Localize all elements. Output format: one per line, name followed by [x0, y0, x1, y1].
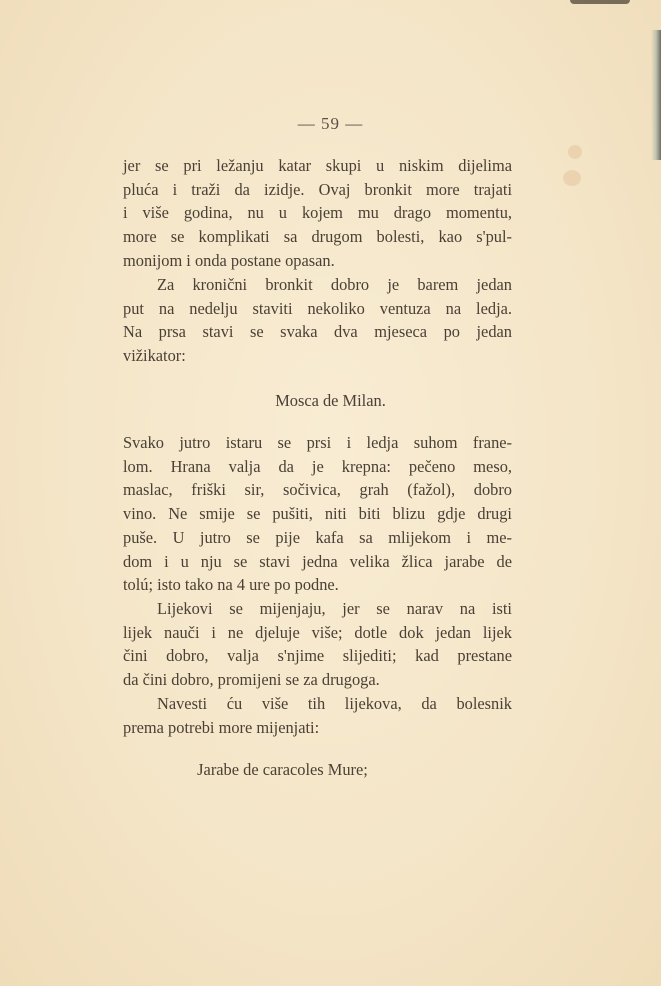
foxing-stain [563, 170, 581, 186]
page-edge-shadow-right [651, 30, 661, 160]
text-line: Za kronični bronkit dobro je barem jedan [123, 273, 512, 297]
foxing-stain [568, 145, 582, 159]
text-line: prema potrebi more mijenjati: [123, 716, 512, 740]
text-line: maslac, friški sir, sočivica, grah (fažo… [123, 478, 512, 502]
text-line: Lijekovi se mijenjaju, jer se narav na i… [123, 597, 512, 621]
text-line: more se komplikati sa drugom bolesti, ka… [123, 225, 512, 249]
remedy-heading-1: Mosca de Milan. [0, 391, 661, 411]
text-line: vino. Ne smije se pušiti, niti biti bliz… [123, 502, 512, 526]
text-line: puše. U jutro se pije kafa sa mlijekom i… [123, 526, 512, 550]
text-line: jer se pri ležanju katar skupi u niskim … [123, 154, 512, 178]
page-number: — 59 — [0, 114, 661, 134]
paragraph-4: Lijekovi se mijenjaju, jer se narav na i… [123, 597, 512, 692]
text-line: lijek nauči i ne djeluje više; dotle dok… [123, 621, 512, 645]
text-line: čini dobro, valja s'njime slijediti; kad… [123, 644, 512, 668]
text-line: dom i u nju se stavi jedna velika žlica … [123, 550, 512, 574]
text-line: Na prsa stavi se svaka dva mjeseca po je… [123, 320, 512, 344]
paragraph-1: jer se pri ležanju katar skupi u niskim … [123, 154, 512, 273]
text-line: monijom i onda postane opasan. [123, 249, 512, 273]
paragraph-3: Svako jutro istaru se prsi i ledja suhom… [123, 431, 512, 597]
text-line: put na nedelju staviti nekoliko ventuza … [123, 297, 512, 321]
remedy-heading-2: Jarabe de caracoles Mure; [0, 760, 613, 780]
text-line: pluća i traži da izidje. Ovaj bronkit mo… [123, 178, 512, 202]
text-line: Navesti ću više tih lijekova, da bolesni… [123, 692, 512, 716]
text-line: lom. Hrana valja da je krepna: pečeno me… [123, 455, 512, 479]
text-line: i više godina, nu u kojem mu drago momen… [123, 201, 512, 225]
text-line: Svako jutro istaru se prsi i ledja suhom… [123, 431, 512, 455]
page-edge-shadow-top [570, 0, 630, 4]
paragraph-5: Navesti ću više tih lijekova, da bolesni… [123, 692, 512, 739]
text-line: tolú; isto tako na 4 ure po podne. [123, 573, 512, 597]
text-line: da čini dobro, promijeni se za drugoga. [123, 668, 512, 692]
paragraph-2: Za kronični bronkit dobro je barem jedan… [123, 273, 512, 368]
text-line: vižikator: [123, 344, 512, 368]
